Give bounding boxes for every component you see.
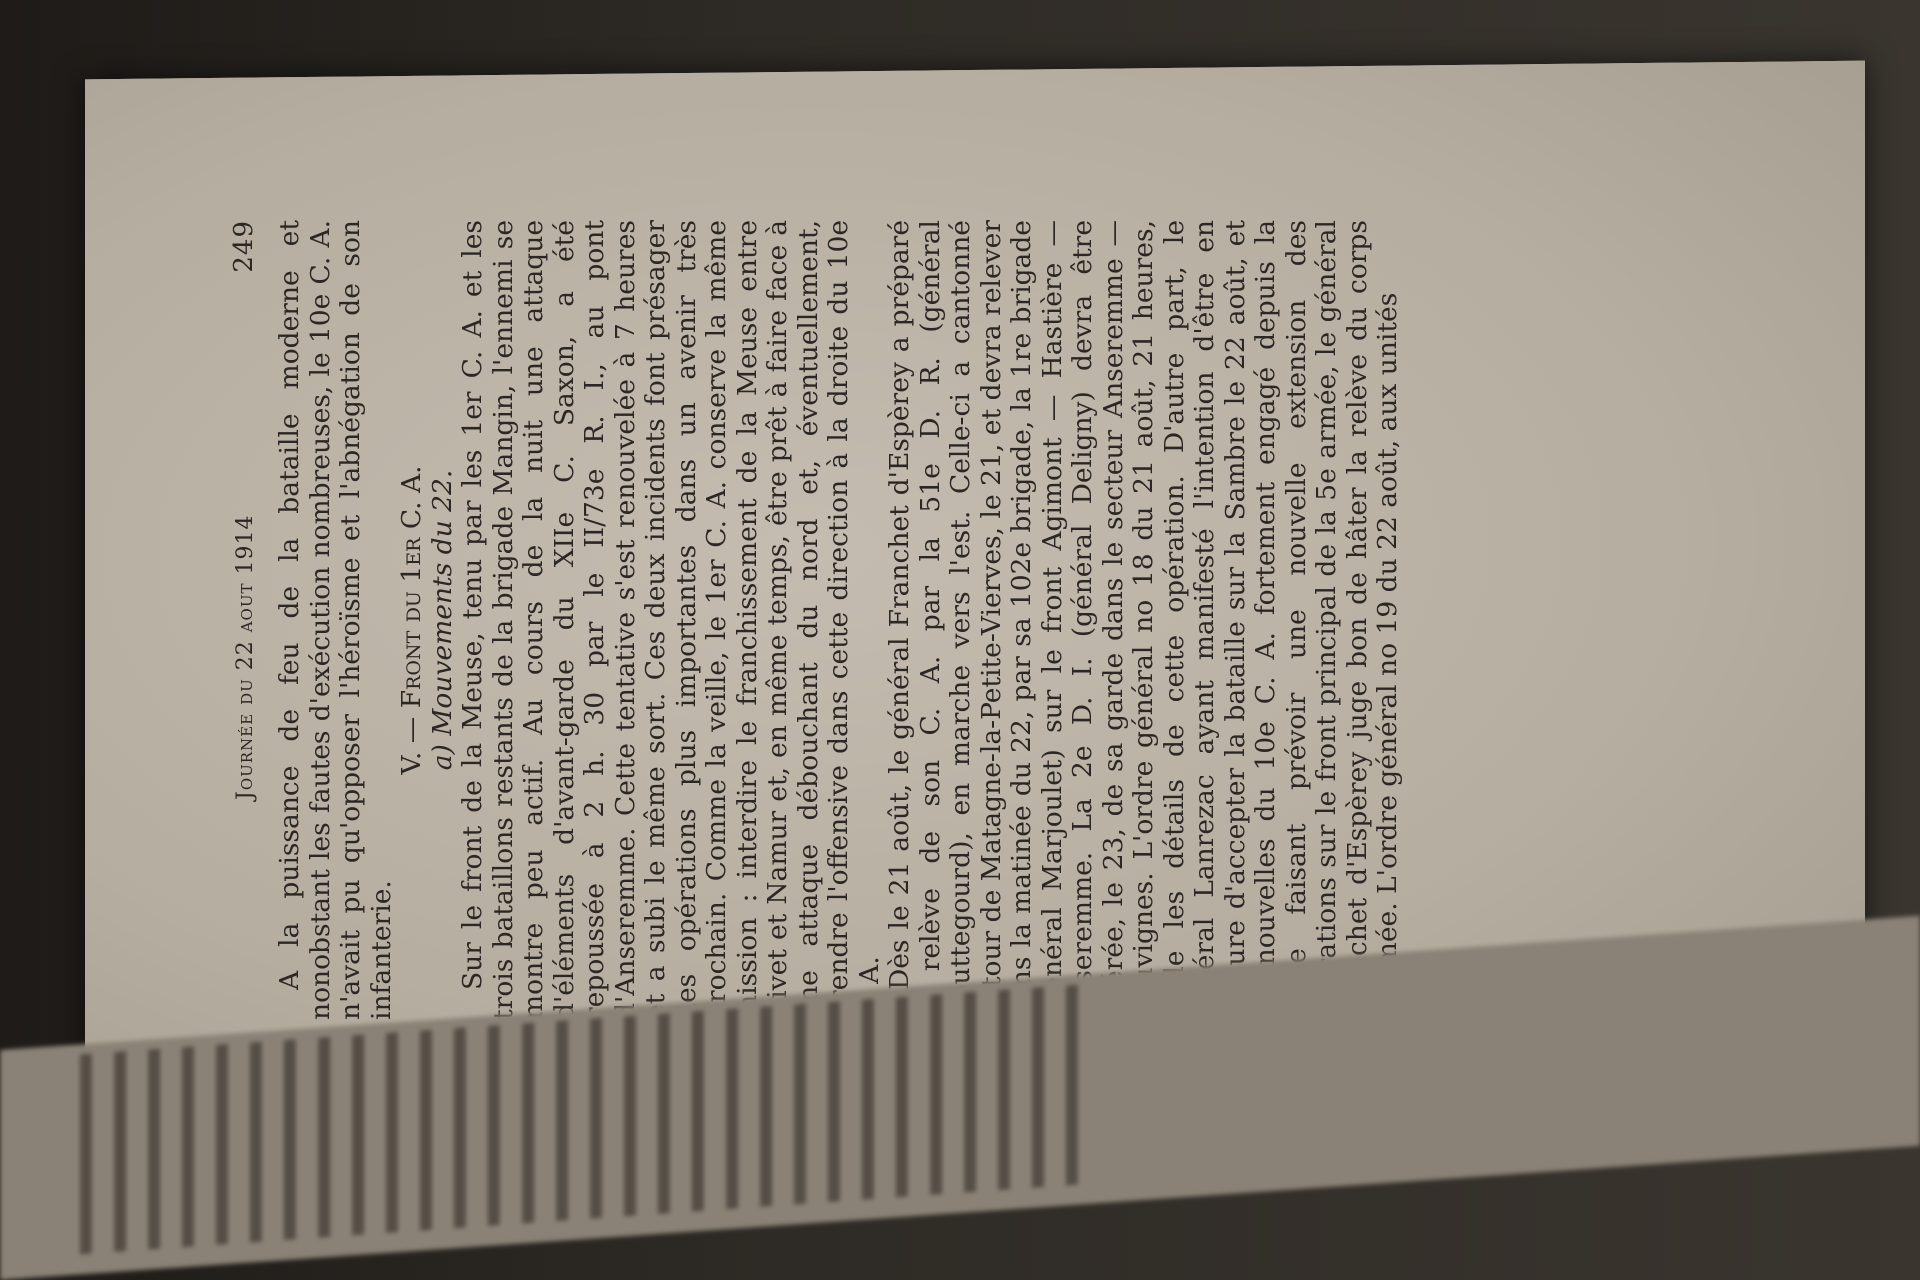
body-text: A la puissance de feu de la bataille mod… <box>275 220 1404 1020</box>
subsection-title: a) Mouvements du 22. <box>428 220 459 1020</box>
page-number: 249 <box>229 220 259 273</box>
section-title: V. — Front du 1er C. A. <box>397 220 428 1020</box>
running-title: Journée du 22 aout 1914 <box>233 515 258 800</box>
paragraph: Dès le 21 août, le général Franchet d'Es… <box>885 220 1404 1020</box>
page-content: Journée du 22 aout 1914 249 A la puissan… <box>225 180 1625 1020</box>
paragraph: A la puissance de feu de la bataille mod… <box>275 220 397 1020</box>
paragraph: Sur le front de la Meuse, tenu par les 1… <box>458 220 885 1020</box>
running-header: Journée du 22 aout 1914 249 <box>225 220 265 1020</box>
